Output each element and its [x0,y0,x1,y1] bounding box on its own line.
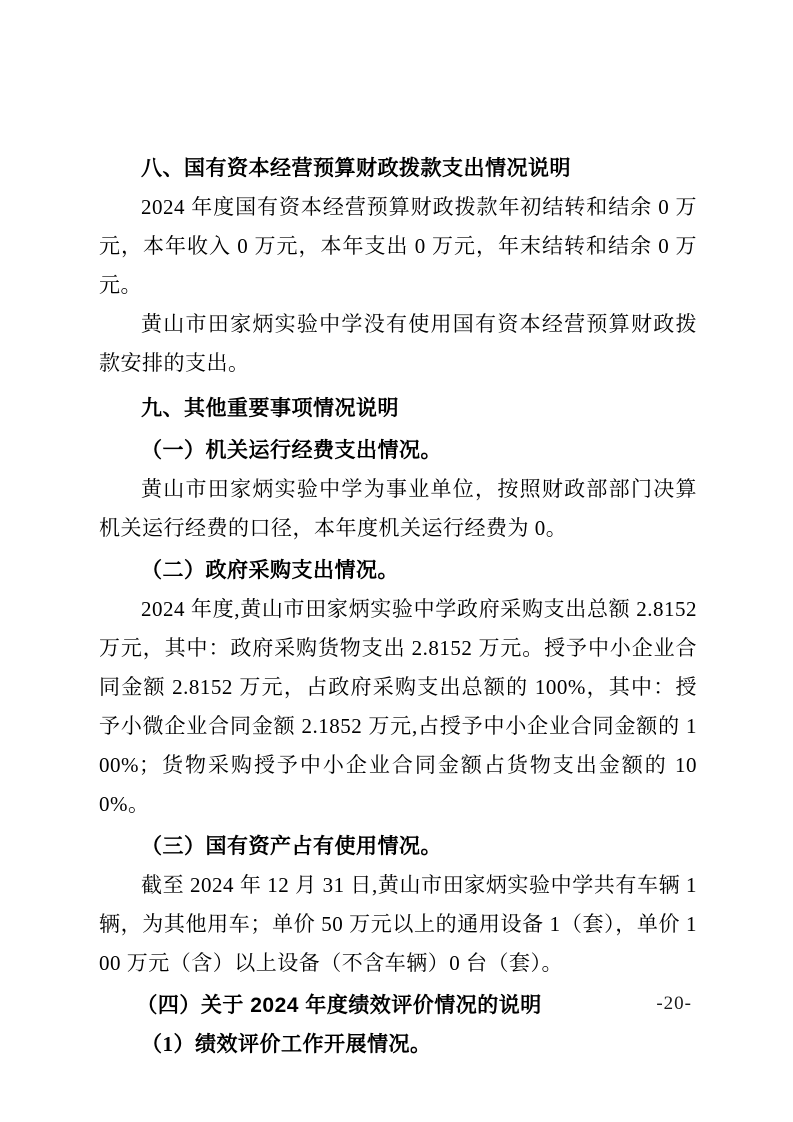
subheading-performance-evaluation-work: （1）绩效评价工作开展情况。 [99,1025,697,1064]
paragraph-agency-operating-expenses: 黄山市田家炳实验中学为事业单位，按照财政部部门决算机关运行经费的口径，本年度机关… [99,470,697,548]
paragraph-government-procurement-figures: 2024 年度,黄山市田家炳实验中学政府采购支出总额 2.8152 万元，其中：… [99,590,697,824]
section-heading-state-capital-budget: 八、国有资本经营预算财政拨款支出情况说明 [99,149,697,188]
section-heading-other-important-matters: 九、其他重要事项情况说明 [99,389,697,428]
paragraph-state-capital-budget-figures: 2024 年度国有资本经营预算财政拨款年初结转和结余 0 万元，本年收入 0 万… [99,188,697,305]
page-number: -20- [656,994,692,1013]
document-page: 八、国有资本经营预算财政拨款支出情况说明 2024 年度国有资本经营预算财政拨款… [0,0,793,1122]
subheading-government-procurement: （二）政府采购支出情况。 [99,551,697,590]
subheading-agency-operating-expenses: （一）机关运行经费支出情况。 [99,431,697,470]
subheading-performance-evaluation-2024: （四）关于 2024 年度绩效评价情况的说明 [99,986,697,1025]
subheading-state-assets-usage: （三）国有资产占有使用情况。 [99,827,697,866]
document-body: 八、国有资本经营预算财政拨款支出情况说明 2024 年度国有资本经营预算财政拨款… [99,149,697,1064]
paragraph-state-assets-usage-figures: 截至 2024 年 12 月 31 日,黄山市田家炳实验中学共有车辆 1 辆，为… [99,866,697,983]
paragraph-state-capital-budget-note: 黄山市田家炳实验中学没有使用国有资本经营预算财政拨款安排的支出。 [99,305,697,383]
